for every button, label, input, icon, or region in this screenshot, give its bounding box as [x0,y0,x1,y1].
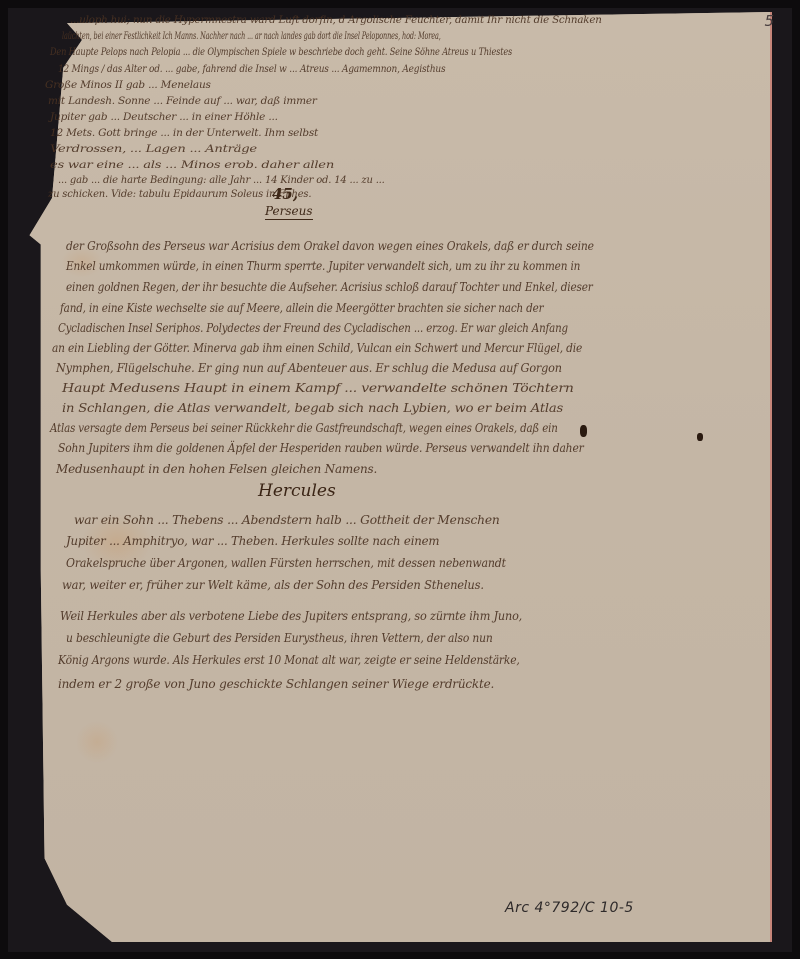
ink-blot [697,433,703,441]
text-line: laüchten, bei einer Festlichkeit Ich Man… [62,30,441,42]
text-line: Nymphen, Flügelschuhe. Er ging nun auf A… [56,360,562,375]
ink-blot [580,425,587,437]
section-title-hercules: Hercules [258,481,336,501]
handwriting-layer: 5 ...uloph hui; nun die Hypermnestra war… [0,0,800,959]
text-line: Medusenhaupt in den hohen Felsen gleiche… [56,461,377,476]
text-line: Den Haupte Pelops nach Pelopia ... die O… [50,46,512,58]
text-line: an ein Liebling der Götter. Minerva gab … [52,340,582,355]
text-line: ...uloph hui; nun die Hypermnestra ward … [70,14,602,26]
text-line: Große Minos II gab ... Menelaus [45,79,211,91]
text-line: Jupiter gab ... Deutscher ... in einer H… [50,111,278,123]
text-line: Orakelspruche über Argonen, wallen Fürst… [66,555,506,570]
text-line: Atlas versagte dem Perseus bei seiner Rü… [50,420,558,435]
page-number: 5 [764,12,774,30]
text-line: indem er 2 große von Juno geschickte Sch… [58,676,494,691]
text-line: 12 Mets. Gott bringe ... in der Unterwel… [50,127,318,139]
text-line: einen goldnen Regen, der ihr besuchte di… [66,279,593,294]
text-line: Verdrossen, ... Lagen ... Anträge [50,143,257,155]
text-line: Sohn Jupiters ihm die goldenen Äpfel der… [58,440,584,455]
text-line: Enkel umkommen würde, in einen Thurm spe… [66,258,580,273]
text-line: König Argons wurde. Als Herkules erst 10… [58,652,520,667]
text-line: u beschleunigte die Geburt des Persiden … [66,630,493,645]
text-line: in Schlangen, die Atlas verwandelt, bega… [62,400,563,415]
text-line: 12 Mings / das Alter od. ... gabe, fahre… [58,63,445,75]
text-line: Weil Herkules aber als verbotene Liebe d… [60,608,522,623]
text-line: ... gab ... die harte Bedingung: alle Ja… [58,174,385,186]
text-line: es war eine ... als ... Minos erob. dahe… [50,159,334,171]
text-line: Cycladischen Insel Seriphos. Polydectes … [58,320,568,335]
text-line: mit Landesh. Sonne ... Feinde auf ... wa… [48,95,317,107]
text-line: war ein Sohn ... Thebens ... Abendstern … [74,512,500,527]
section-number: 45, [272,185,298,203]
text-line: war, weiter er, früher zur Welt käme, al… [62,577,484,592]
text-line: fand, in eine Kiste wechselte sie auf Me… [60,300,543,315]
text-line: Haupt Medusens Haupt in einem Kampf ... … [62,380,574,395]
shelfmark: Arc 4°792/C 10-5 [505,900,634,916]
text-line: Jupiter ... Amphitryo, war ... Theben. H… [66,533,439,548]
text-line: der Großsohn des Perseus war Acrisius de… [66,238,594,253]
section-title-perseus: Perseus [265,204,313,220]
